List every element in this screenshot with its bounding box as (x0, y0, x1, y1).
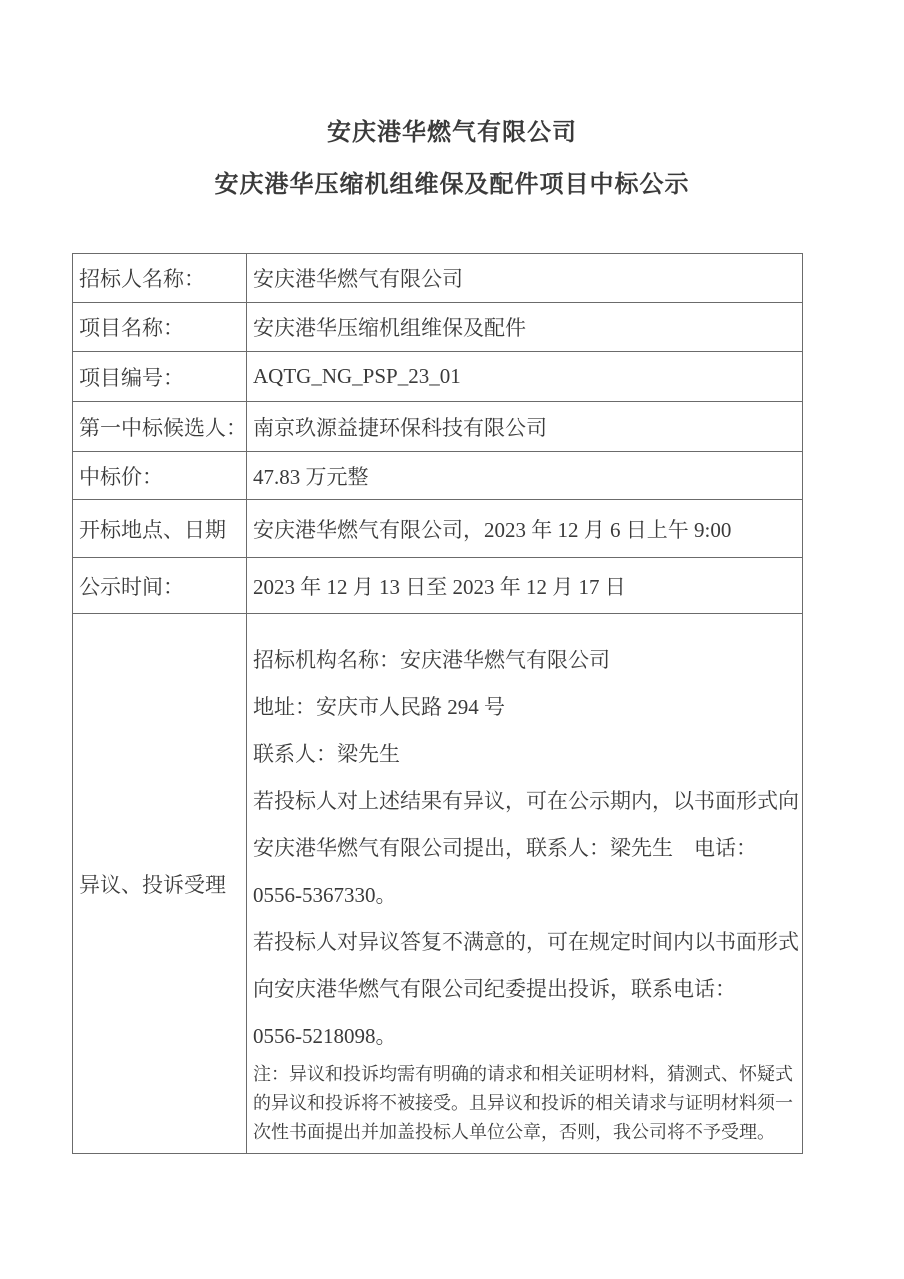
row-label: 公示时间： (73, 558, 247, 614)
note-line: 注：异议和投诉均需有明确的请求和相关证明材料，猜测式、怀疑式 (253, 1060, 798, 1089)
table-row: 招标人名称：安庆港华燃气有限公司 (73, 254, 803, 303)
table-row: 中标价：47.83 万元整 (73, 452, 803, 500)
paragraph-line: 若投标人对上述结果有异议，可在公示期内，以书面形式向 (253, 778, 798, 825)
document-page: { "page": { "title": "安庆港华燃气有限公司", "subt… (0, 0, 904, 1279)
table-row: 项目名称：安庆港华压缩机组维保及配件 (73, 303, 803, 352)
row-value: 南京玖源益捷环保科技有限公司 (247, 402, 803, 452)
table-row: 开标地点、日期安庆港华燃气有限公司，2023 年 12 月 6 日上午 9:00 (73, 500, 803, 558)
doc-subtitle: 安庆港华压缩机组维保及配件项目中标公示 (0, 169, 904, 201)
row-label: 项目名称： (73, 303, 247, 352)
row-label: 招标人名称： (73, 254, 247, 303)
paragraph-line: 联系人：梁先生 (253, 731, 798, 778)
row-value: 47.83 万元整 (247, 452, 803, 500)
note-line: 的异议和投诉将不被接受。且异议和投诉的相关请求与证明材料须一 (253, 1089, 798, 1118)
paragraph-line: 0556-5218098。 (253, 1013, 798, 1060)
announcement-table: 招标人名称：安庆港华燃气有限公司项目名称：安庆港华压缩机组维保及配件项目编号：A… (72, 253, 803, 1154)
row-label: 项目编号： (73, 352, 247, 402)
doc-title: 安庆港华燃气有限公司 (0, 117, 904, 149)
paragraph-line: 向安庆港华燃气有限公司纪委提出投诉，联系电话： (253, 966, 798, 1013)
row-value: 招标机构名称：安庆港华燃气有限公司地址：安庆市人民路 294 号联系人：梁先生若… (247, 614, 803, 1154)
note-line: 次性书面提出并加盖投标人单位公章，否则，我公司将不予受理。 (253, 1118, 798, 1147)
paragraph-line: 地址：安庆市人民路 294 号 (253, 684, 798, 731)
row-value: 2023 年 12 月 13 日至 2023 年 12 月 17 日 (247, 558, 803, 614)
paragraph-line: 安庆港华燃气有限公司提出，联系人：梁先生 电话： (253, 825, 798, 872)
row-label: 中标价： (73, 452, 247, 500)
row-label: 异议、投诉受理 (73, 614, 247, 1154)
announcement-table-body: 招标人名称：安庆港华燃气有限公司项目名称：安庆港华压缩机组维保及配件项目编号：A… (73, 254, 803, 1154)
row-value: 安庆港华压缩机组维保及配件 (247, 303, 803, 352)
row-value: 安庆港华燃气有限公司，2023 年 12 月 6 日上午 9:00 (247, 500, 803, 558)
paragraph-line: 0556-5367330。 (253, 872, 798, 919)
table-row: 公示时间：2023 年 12 月 13 日至 2023 年 12 月 17 日 (73, 558, 803, 614)
paragraph-line: 招标机构名称：安庆港华燃气有限公司 (253, 637, 798, 684)
table-row: 项目编号：AQTG_NG_PSP_23_01 (73, 352, 803, 402)
row-value: AQTG_NG_PSP_23_01 (247, 352, 803, 402)
table-row: 异议、投诉受理招标机构名称：安庆港华燃气有限公司地址：安庆市人民路 294 号联… (73, 614, 803, 1154)
table-row: 第一中标候选人：南京玖源益捷环保科技有限公司 (73, 402, 803, 452)
row-label: 第一中标候选人： (73, 402, 247, 452)
paragraph-line: 若投标人对异议答复不满意的，可在规定时间内以书面形式 (253, 919, 798, 966)
row-value: 安庆港华燃气有限公司 (247, 254, 803, 303)
row-label: 开标地点、日期 (73, 500, 247, 558)
